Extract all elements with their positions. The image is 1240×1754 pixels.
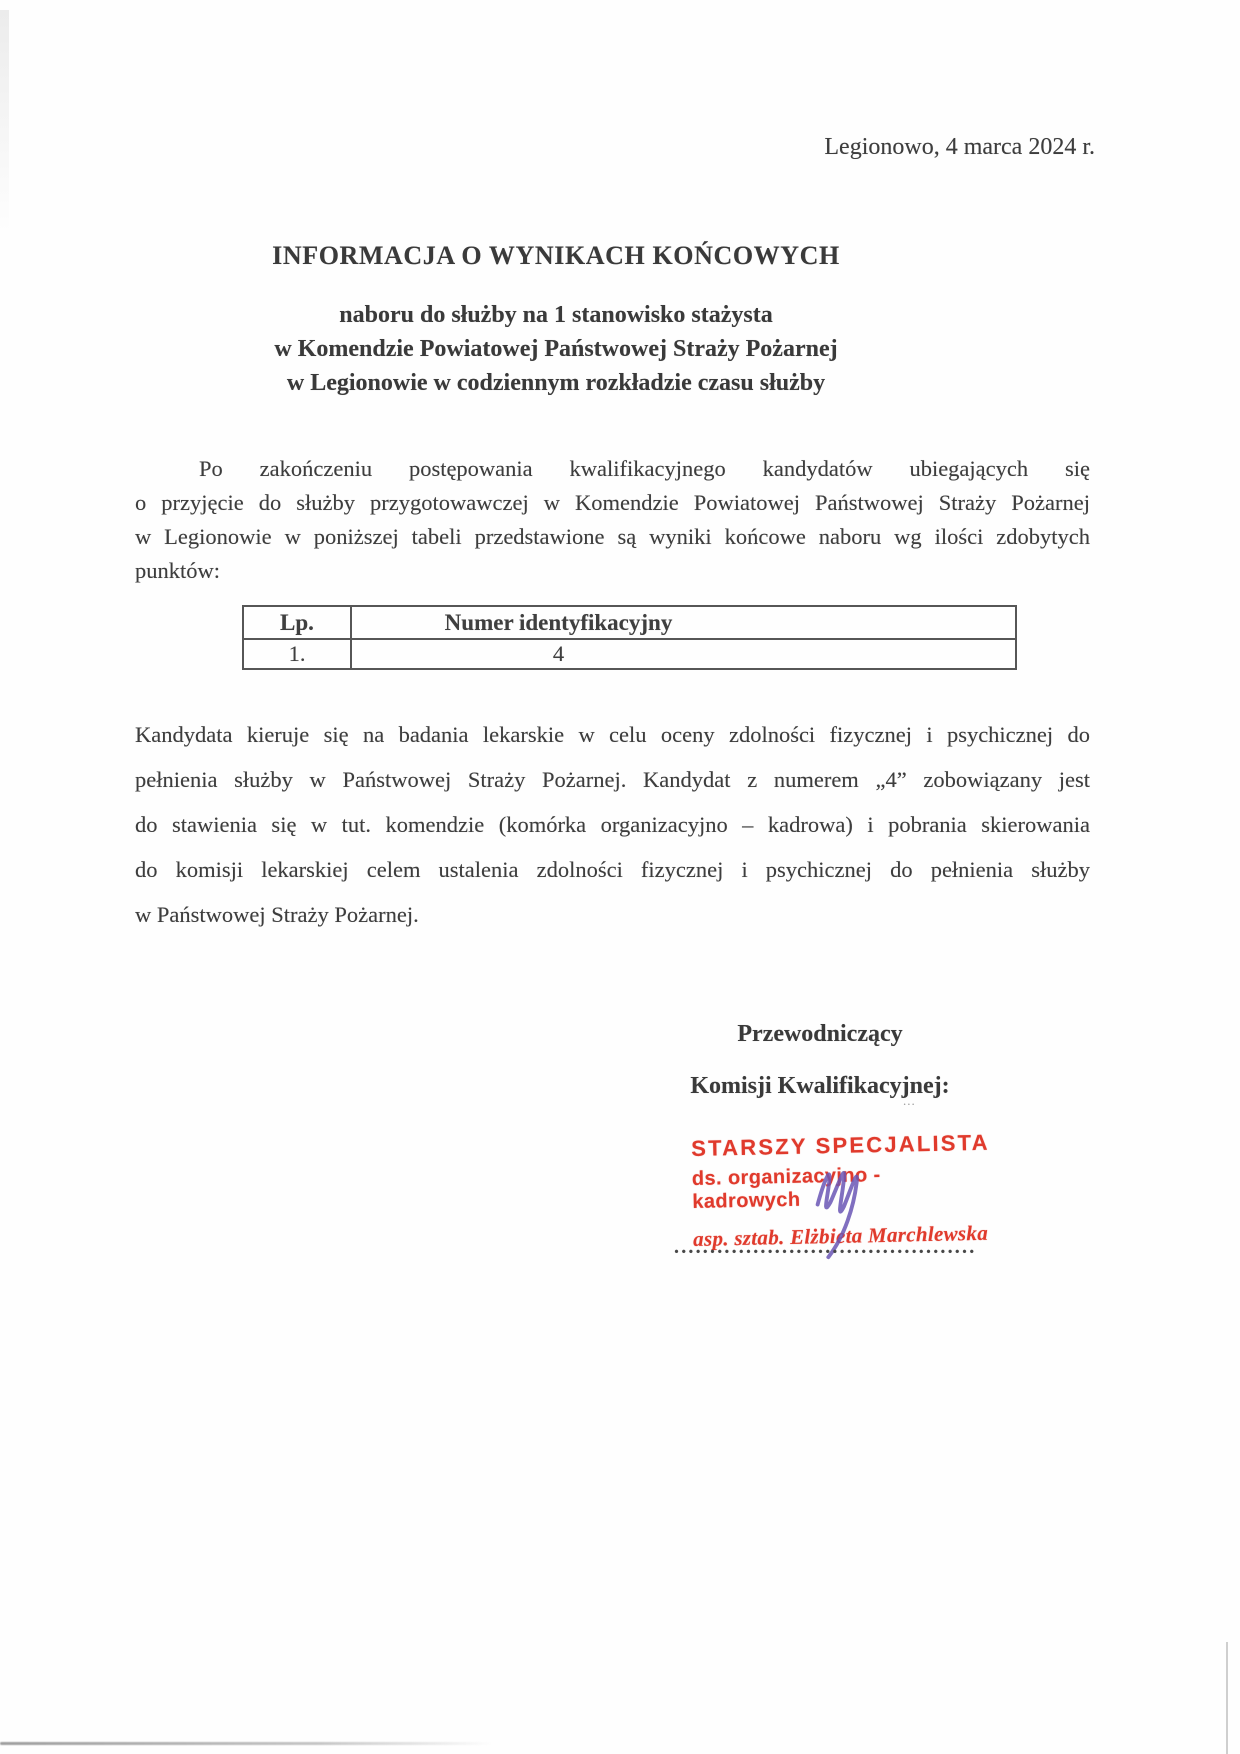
scan-artifact-right-line xyxy=(1226,1642,1228,1754)
scan-artifact-bottom-line xyxy=(0,1742,492,1745)
document-title: INFORMACJA O WYNIKACH KOŃCOWYCH xyxy=(0,240,1112,272)
document-subtitle-line: w Komendzie Powiatowej Państwowej Straży… xyxy=(0,332,1112,366)
paragraph-line: punktów: xyxy=(135,554,1090,588)
document-subtitle-line: w Legionowie w codziennym rozkładzie cza… xyxy=(0,366,1112,400)
document-heading: INFORMACJA O WYNIKACH KOŃCOWYCH naboru d… xyxy=(0,240,1112,400)
scan-artifact-left-edge xyxy=(0,10,9,235)
paragraph-line: w Legionowie w poniższej tabeli przedsta… xyxy=(135,520,1090,554)
results-table: Lp. Numer identyfikacyjny 1. 4 xyxy=(242,605,1017,670)
body-paragraph: Kandydata kieruje się na badania lekarsk… xyxy=(135,712,1090,937)
table-row: 1. 4 xyxy=(243,639,1016,669)
table-header-id-number: Numer identyfikacyjny xyxy=(351,606,1016,639)
signoff-block: Przewodniczący Komisji Kwalifikacyjnej: xyxy=(655,1008,985,1112)
scanned-document-page: Legionowo, 4 marca 2024 r. INFORMACJA O … xyxy=(0,0,1240,1754)
intro-paragraph: Po zakończeniu postępowania kwalifikacyj… xyxy=(135,452,1090,588)
table-header-lp: Lp. xyxy=(243,606,351,639)
document-subtitle-line: naboru do służby na 1 stanowisko stażyst… xyxy=(0,298,1112,332)
scan-artifact-mini-dots: ... xyxy=(903,1093,916,1109)
table-cell-id-number: 4 xyxy=(351,639,1016,669)
paragraph-line: o przyjęcie do służby przygotowawczej w … xyxy=(135,486,1090,520)
paragraph-line: pełnienia służby w Państwowej Straży Poż… xyxy=(135,757,1090,802)
signoff-role-line: Komisji Kwalifikacyjnej: xyxy=(655,1060,985,1112)
table-cell-lp: 1. xyxy=(243,639,351,669)
paragraph-line: Po zakończeniu postępowania kwalifikacyj… xyxy=(135,452,1090,486)
paragraph-line: Kandydata kieruje się na badania lekarsk… xyxy=(135,712,1090,757)
table-header-row: Lp. Numer identyfikacyjny xyxy=(243,606,1016,639)
paragraph-line: w Państwowej Straży Pożarnej. xyxy=(135,892,1090,937)
paragraph-line: do komisji lekarskiej celem ustalenia zd… xyxy=(135,847,1090,892)
signature-dotted-line: ........................................… xyxy=(674,1236,984,1259)
paragraph-line: do stawienia się w tut. komendzie (komór… xyxy=(135,802,1090,847)
document-date: Legionowo, 4 marca 2024 r. xyxy=(824,134,1095,161)
signoff-role-line: Przewodniczący xyxy=(655,1008,985,1060)
